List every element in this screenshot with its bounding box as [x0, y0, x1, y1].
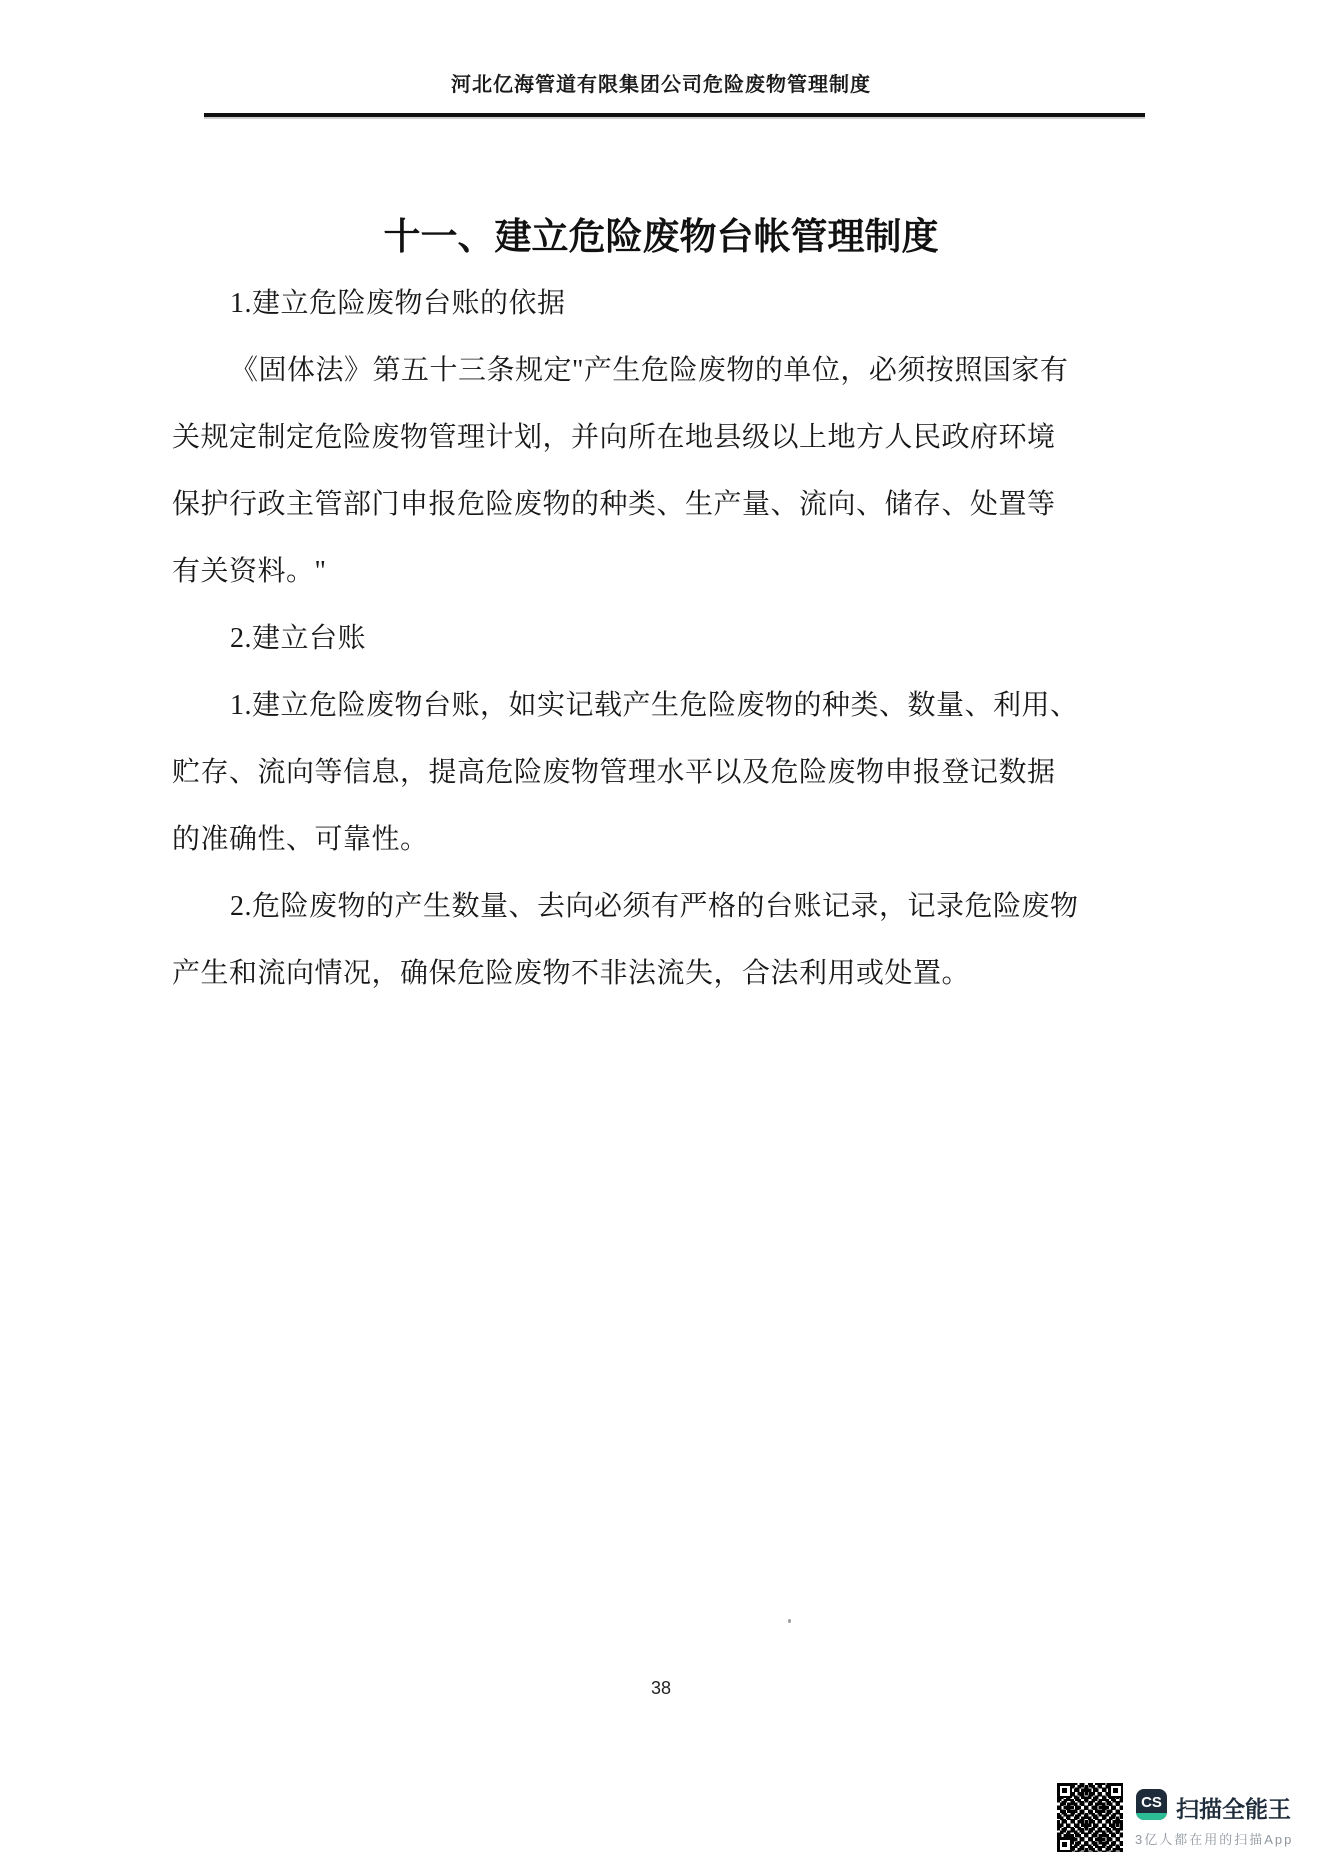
- logo-teal-bar: [1136, 1813, 1167, 1820]
- qr-finder-icon: [1057, 1783, 1072, 1798]
- qr-code-icon: [1057, 1783, 1123, 1852]
- body-line: 1.建立危险废物台账，如实记载产生危险废物的种类、数量、利用、: [172, 672, 1082, 739]
- camscanner-logo-icon: CS: [1136, 1789, 1167, 1820]
- scanned-document-page: 河北亿海管道有限集团公司危险废物管理制度 十一、建立危险废物台帐管理制度 1.建…: [0, 0, 1322, 1871]
- header-divider-line: [204, 113, 1145, 117]
- body-line: 1.建立危险废物台账的依据: [172, 270, 1082, 337]
- body-line: 贮存、流向等信息，提高危险废物管理水平以及危险废物申报登记数据: [172, 739, 1082, 806]
- body-line: 2.建立台账: [172, 605, 1082, 672]
- page-number: 38: [0, 1678, 1322, 1699]
- scan-artifact-dot: [788, 1619, 791, 1623]
- section-title: 十一、建立危险废物台帐管理制度: [0, 206, 1322, 260]
- body-line: 保护行政主管部门申报危险废物的种类、生产量、流向、储存、处置等: [172, 471, 1082, 538]
- document-body: 1.建立危险废物台账的依据 《固体法》第五十三条规定"产生危险废物的单位，必须按…: [172, 270, 1082, 1007]
- scanner-app-name: 扫描全能王: [1176, 1791, 1291, 1824]
- body-line: 2.危险废物的产生数量、去向必须有严格的台账记录，记录危险废物: [172, 873, 1082, 940]
- qr-finder-icon: [1108, 1783, 1123, 1798]
- body-line: 产生和流向情况，确保危险废物不非法流失，合法利用或处置。: [172, 940, 1082, 1007]
- qr-finder-icon: [1057, 1837, 1072, 1852]
- body-line: 的准确性、可靠性。: [172, 806, 1082, 873]
- document-header-text: 河北亿海管道有限集团公司危险废物管理制度: [0, 68, 1322, 97]
- scanner-app-tagline: 3亿人都在用的扫描App: [1135, 1829, 1293, 1848]
- logo-monogram: CS: [1141, 1794, 1162, 1811]
- body-line: 有关资料。": [172, 538, 1082, 605]
- body-line: 《固体法》第五十三条规定"产生危险废物的单位，必须按照国家有: [172, 337, 1082, 404]
- body-line: 关规定制定危险废物管理计划，并向所在地县级以上地方人民政府环境: [172, 404, 1082, 471]
